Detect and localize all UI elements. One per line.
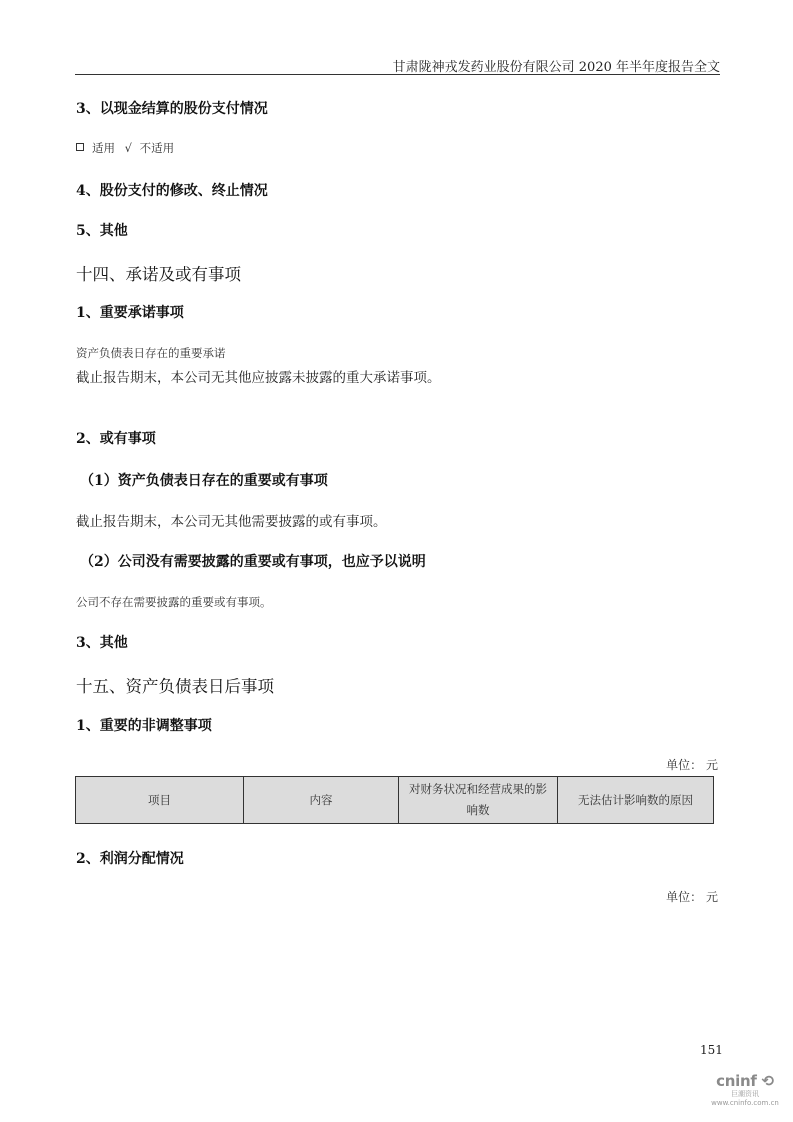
unit-label: 单位： 元 xyxy=(666,756,718,773)
section-heading-14-other: 3、其他 xyxy=(76,632,128,652)
contingencies-p2-heading: （2）公司没有需要披露的重要或有事项，也应予以说明 xyxy=(80,551,426,571)
contingencies-p1-heading: （1）资产负债表日存在的重要或有事项 xyxy=(80,470,328,490)
cninfo-logo: cninf ⟲ 巨潮资讯 www.cninfo.com.cn xyxy=(700,1072,790,1108)
commitments-caption: 资产负债表日存在的重要承诺 xyxy=(76,345,226,361)
section-heading-modification: 4、股份支付的修改、终止情况 xyxy=(76,180,268,200)
unit-label: 单位： 元 xyxy=(666,888,718,905)
contingencies-p1-text: 截止报告期末，本公司无其他需要披露的或有事项。 xyxy=(76,510,387,530)
table-header-row: 项目 内容 对财务状况和经营成果的影响数 无法估计影响数的原因 xyxy=(76,777,714,824)
applicability-row: 适用 √ 不适用 xyxy=(76,140,174,156)
section-heading-commitments: 1、重要承诺事项 xyxy=(76,302,184,322)
col-header-content: 内容 xyxy=(244,777,399,824)
logo-brand: cninf ⟲ xyxy=(700,1072,790,1090)
not-applicable-label: 不适用 xyxy=(140,141,175,155)
section-heading-contingencies: 2、或有事项 xyxy=(76,428,156,448)
section-heading-profit-distribution: 2、利润分配情况 xyxy=(76,848,184,868)
report-header-title: 甘肃陇神戎发药业股份有限公司 2020 年半年度报告全文 xyxy=(393,56,720,75)
logo-url: www.cninfo.com.cn xyxy=(700,1099,790,1108)
chapter-heading-14: 十四、承诺及或有事项 xyxy=(76,261,241,285)
non-adjusting-events-table: 项目 内容 对财务状况和经营成果的影响数 无法估计影响数的原因 xyxy=(75,776,714,824)
chapter-heading-15: 十五、资产负债表日后事项 xyxy=(76,673,274,697)
col-header-reason: 无法估计影响数的原因 xyxy=(558,777,714,824)
contingencies-p2-text: 公司不存在需要披露的重要或有事项。 xyxy=(76,594,272,610)
section-heading-non-adjusting: 1、重要的非调整事项 xyxy=(76,715,212,735)
logo-swirl-icon: ⟲ xyxy=(762,1072,774,1090)
page-number: 151 xyxy=(700,1043,723,1057)
col-header-impact: 对财务状况和经营成果的影响数 xyxy=(399,777,558,824)
check-mark-icon: √ xyxy=(125,141,132,155)
logo-cn-text: 巨潮资讯 xyxy=(700,1090,790,1099)
header-divider xyxy=(75,74,720,75)
commitments-text: 截止报告期末，本公司无其他应披露未披露的重大承诺事项。 xyxy=(76,366,441,386)
applicable-label: 适用 xyxy=(92,141,115,155)
section-heading-other: 5、其他 xyxy=(76,220,128,240)
section-heading-cash-settled: 3、以现金结算的股份支付情况 xyxy=(76,98,268,118)
col-header-item: 项目 xyxy=(76,777,244,824)
checkbox-icon xyxy=(76,143,84,151)
